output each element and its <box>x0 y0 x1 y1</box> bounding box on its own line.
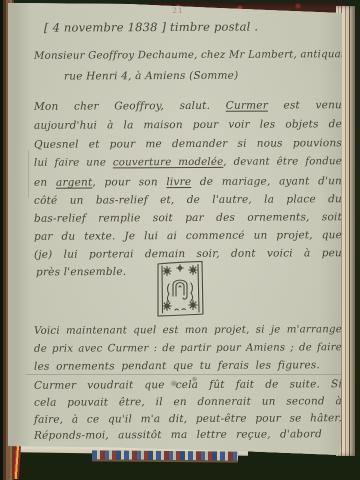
letter-line: Mon cher Geoffroy, salut. Curmer est ven… <box>34 99 342 113</box>
letter-page: 21 [ 4 novembre 1838 ] timbre postal .Mo… <box>8 0 342 457</box>
letter-line: aujourd'hui à la maison pour voir les ob… <box>34 118 342 132</box>
letter-line: Réponds-moi, aussitôt ma lettre reçue, d… <box>34 428 322 442</box>
letter-line: [ 4 novembre 1838 ] timbre postal . <box>44 19 292 34</box>
paper-crease <box>26 374 346 375</box>
letter-line: en argent, pour son livre de mariage, ay… <box>34 175 342 189</box>
ink-spot <box>171 381 177 386</box>
rosette-icon <box>163 267 171 276</box>
letter-line: Curmer voudrait que cela fût fait de sui… <box>34 378 342 392</box>
rosette-icon <box>163 302 171 311</box>
letter-line: cela pouvait être, il en donnerait un se… <box>34 395 342 409</box>
letter-line: près l'ensemble. <box>36 266 156 279</box>
rosette-icon <box>177 265 183 271</box>
letter-line: Monsieur Geoffroy Dechaume, chez Mr Lamb… <box>34 49 342 62</box>
letter-line: Quesnel et pour me demander si nous pouv… <box>34 137 342 151</box>
rosette-icon <box>189 266 197 275</box>
marbled-endpaper-strip <box>92 450 238 462</box>
letter-line: faire, à ce qu'il m'a dit, peut-être pou… <box>34 412 342 426</box>
letter-line: bas-relief remplie soit par des ornement… <box>34 211 342 225</box>
letter-line: les ornements pendant que tu ferais les … <box>34 359 320 372</box>
rosette-icon <box>189 301 197 310</box>
letter-line: de prix avec Curmer : de partir pour Ami… <box>34 342 342 355</box>
letter-line: par du texte. Je lui ai commencé un proj… <box>34 229 342 243</box>
letter-line: Voici maintenant quel est mon projet, si… <box>34 324 342 337</box>
cover-sketch <box>154 258 206 320</box>
bookmark-ribbon <box>12 443 21 479</box>
letter-line: côté un bas-relief et, de l'autre, la pl… <box>34 193 342 207</box>
letter-line: lui faire une couverture modelée, devant… <box>34 156 342 169</box>
ink-spot <box>192 377 197 381</box>
letter-line: rue Henri 4, à Amiens (Somme) <box>64 69 272 82</box>
paper-fold-mark <box>28 150 29 198</box>
photographed-manuscript: 21 [ 4 novembre 1838 ] timbre postal .Mo… <box>0 0 360 480</box>
page-number: 21 <box>168 7 188 15</box>
